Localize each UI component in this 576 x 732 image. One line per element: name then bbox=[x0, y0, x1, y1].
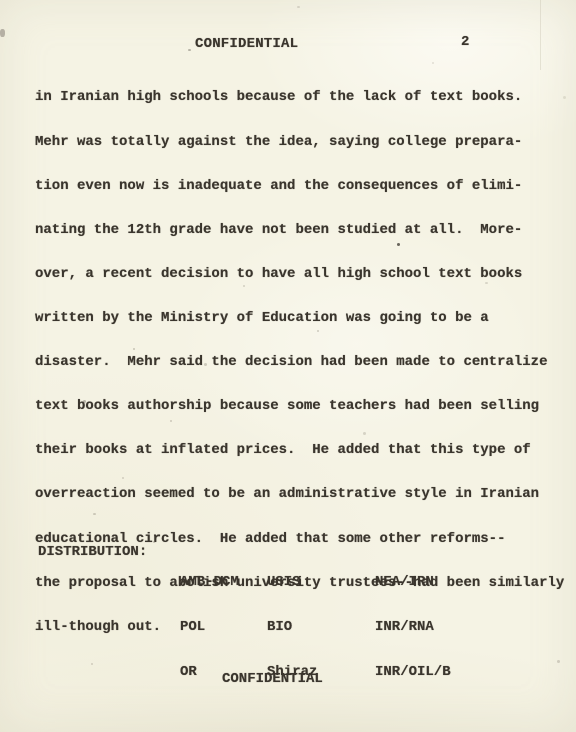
distribution-column: NEA/IRN INR/RNA INR/OIL/B bbox=[375, 545, 451, 710]
distribution-entry: INR/OIL/B bbox=[375, 665, 451, 680]
body-line: text books authorship because some teach… bbox=[35, 399, 564, 414]
body-line: over, a recent decision to have all high… bbox=[35, 267, 564, 282]
scan-smudge bbox=[0, 29, 5, 37]
page-number: 2 bbox=[461, 35, 469, 50]
body-line: Mehr was totally against the idea, sayin… bbox=[35, 135, 564, 150]
scan-speck bbox=[297, 6, 300, 8]
classification-footer: CONFIDENTIAL bbox=[222, 672, 323, 687]
distribution-entry: POL bbox=[180, 620, 239, 635]
body-line: overreaction seemed to be an administrat… bbox=[35, 487, 564, 502]
body-line: nating the 12th grade have not been stud… bbox=[35, 223, 564, 238]
body-line: disaster. Mehr said the decision had bee… bbox=[35, 355, 564, 370]
body-line: their books at inflated prices. He added… bbox=[35, 443, 564, 458]
stray-mark-before-header bbox=[188, 49, 191, 51]
body-line: written by the Ministry of Education was… bbox=[35, 311, 564, 326]
distribution-label: DISTRIBUTION: bbox=[38, 545, 147, 560]
scan-crease bbox=[540, 0, 541, 70]
scanned-document-page: CONFIDENTIAL 2 in Iranian high schools b… bbox=[0, 0, 576, 732]
body-line: in Iranian high schools because of the l… bbox=[35, 90, 564, 105]
classification-header: CONFIDENTIAL bbox=[195, 37, 298, 52]
distribution-entry: AMB-DCM bbox=[180, 575, 239, 590]
distribution-entry: BIO bbox=[267, 620, 317, 635]
stray-dot-after-or bbox=[199, 582, 202, 585]
body-line: tion even now is inadequate and the cons… bbox=[35, 179, 564, 194]
distribution-entry: INR/RNA bbox=[375, 620, 451, 635]
distribution-entry: USIS bbox=[267, 575, 317, 590]
distribution-entry: NEA/IRN bbox=[375, 575, 451, 590]
stray-period-mark bbox=[397, 243, 400, 246]
